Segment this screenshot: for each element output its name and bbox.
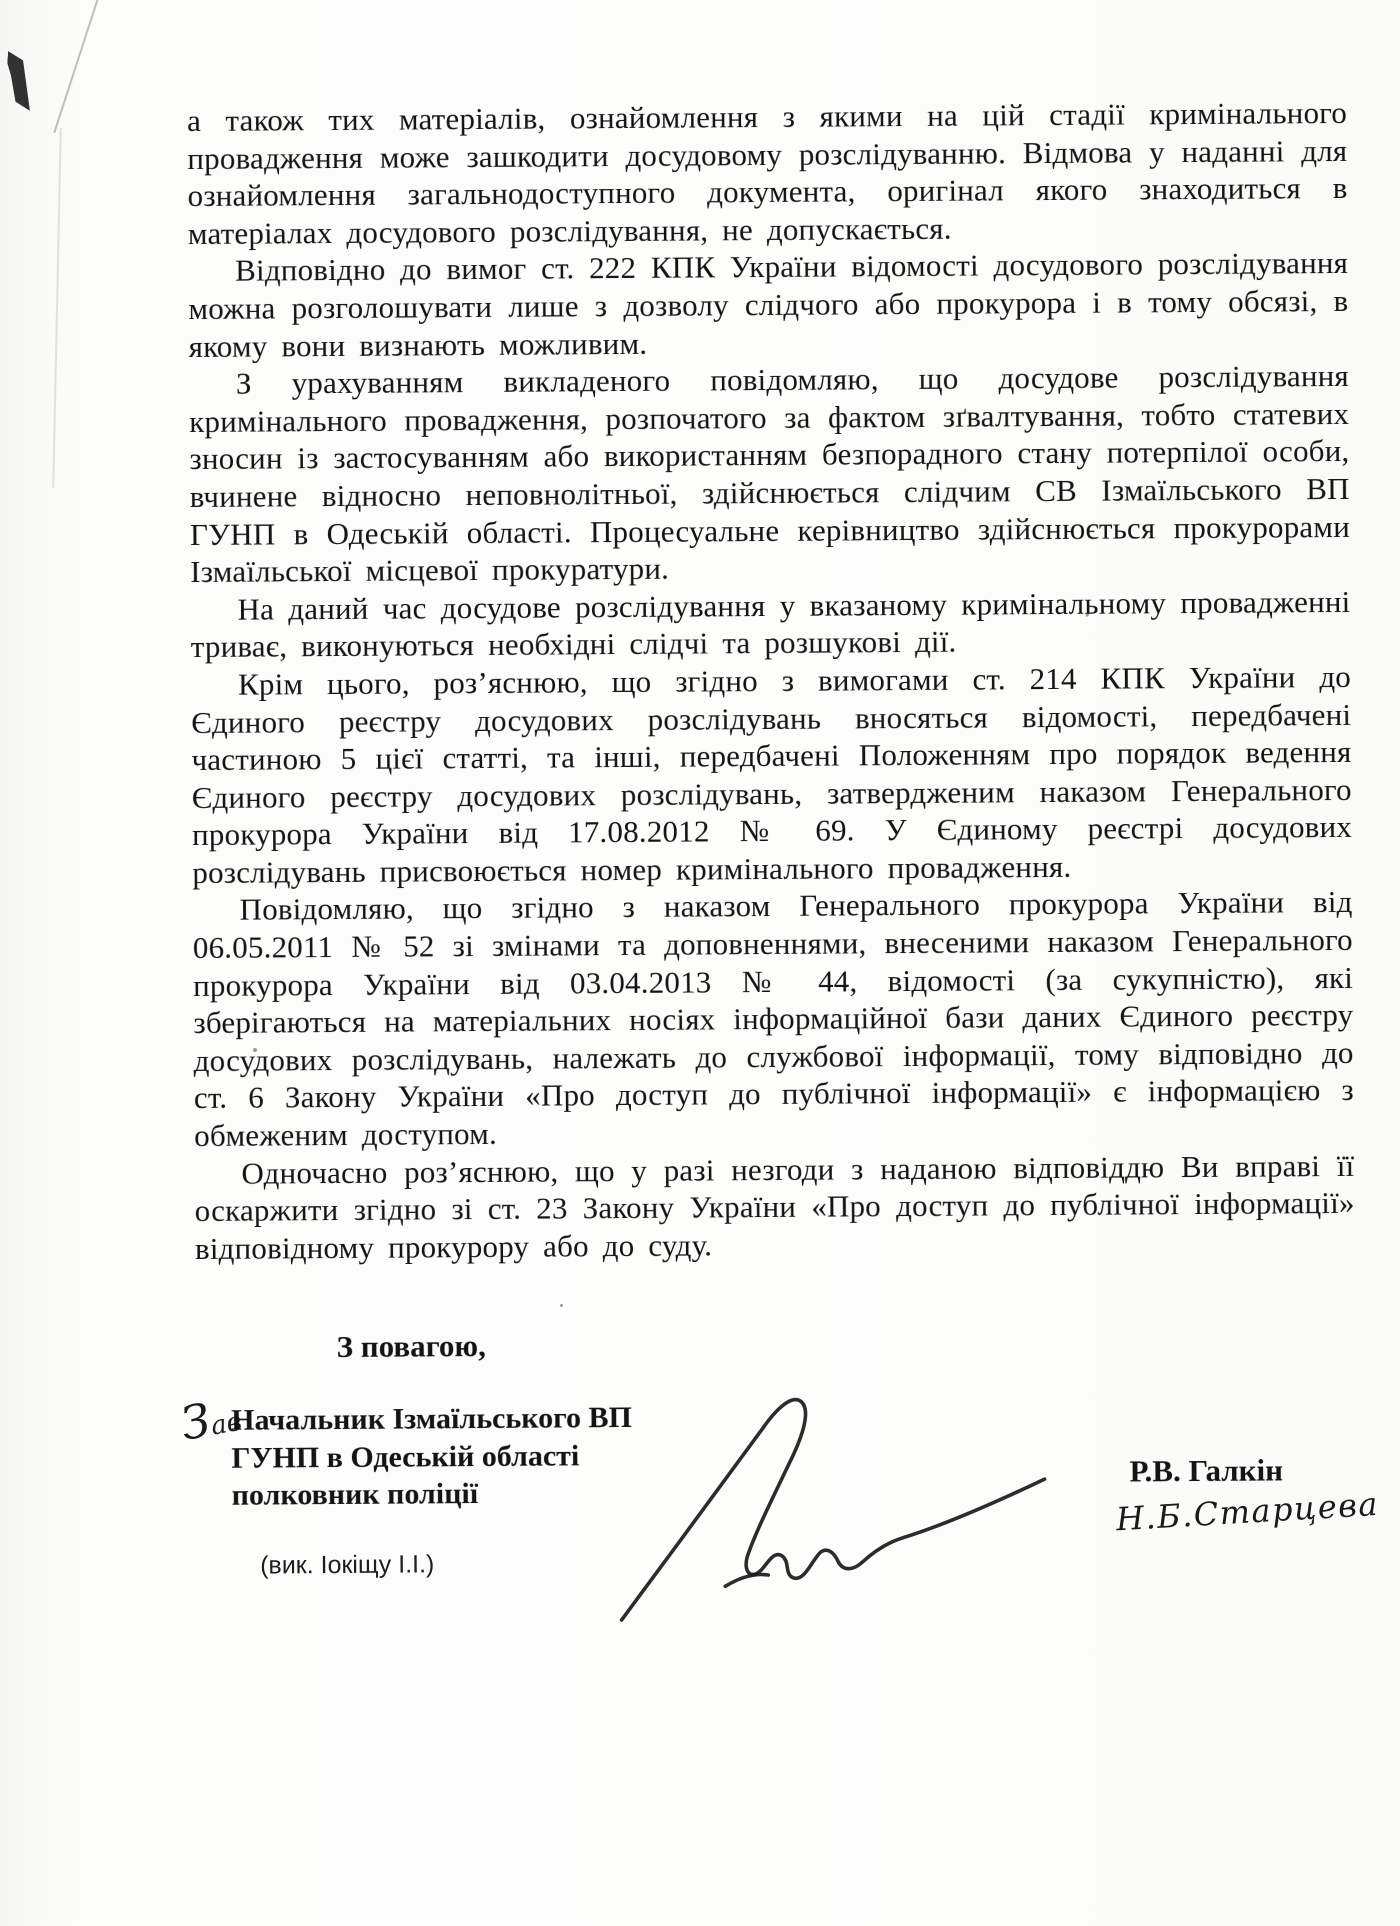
handwritten-signature [604,1379,1056,1627]
paragraph: Повідомляю, що згідно з наказом Генераль… [192,883,1354,1154]
signer-name: Р.В. Галкін [1129,1452,1283,1489]
letter-body: а також тих матеріалів, ознайомлення з я… [187,94,1355,1267]
closing-salutation: З повагою, [337,1328,486,1365]
paragraph: Крім цього, роз’яснюю, що згідно з вимог… [191,658,1353,892]
executor-note: (вик. Іокіщу І.І.) [260,1550,434,1580]
paragraph-continuation: а також тих матеріалів, ознайомлення з я… [187,94,1348,252]
paragraph: На даний час досудове розслідування у вк… [190,583,1350,666]
paragraph: Відповідно до вимог ст. 222 КПК України … [188,244,1349,365]
scan-content: а також тих матеріалів, ознайомлення з я… [0,0,1400,1926]
paragraph: З урахуванням викладеного повідомляю, що… [189,357,1351,591]
paragraph: Одночасно роз’яснюю, що у разі незгоди з… [194,1147,1355,1268]
scanned-document-page: а також тих матеріалів, ознайомлення з я… [0,0,1400,1926]
handwritten-name: Н.Б.Старцева [1115,1485,1380,1539]
